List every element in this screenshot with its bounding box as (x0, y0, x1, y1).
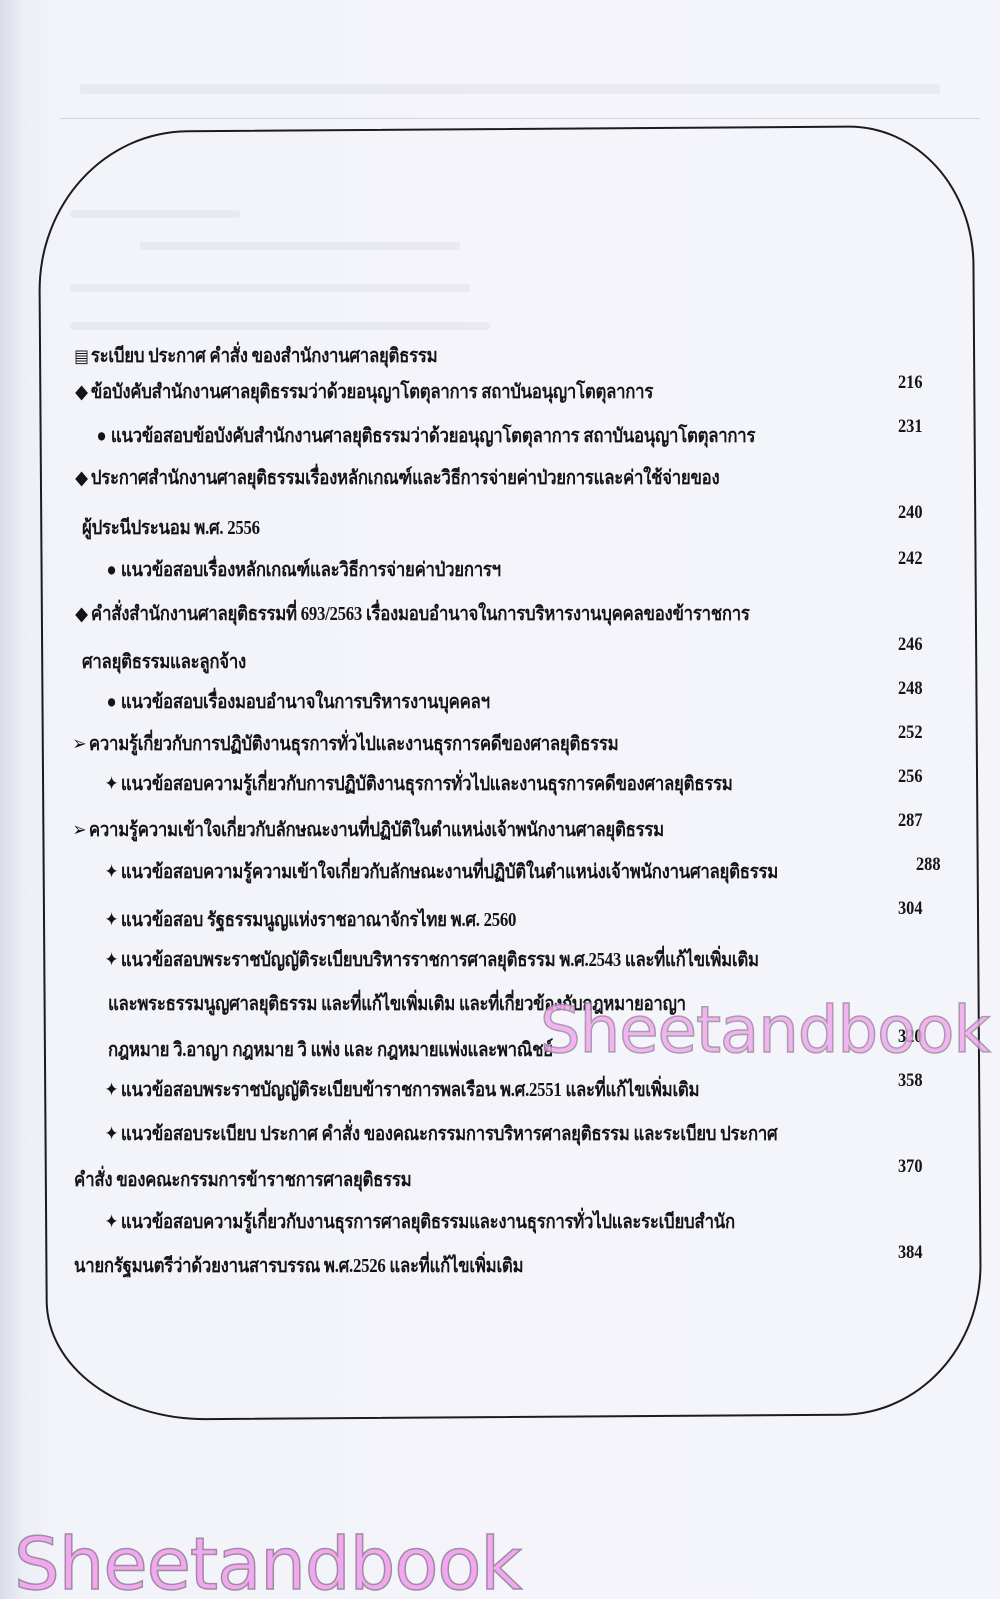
toc-page-number: 287 (897, 810, 922, 832)
toc-entry-title: คำสั่งสำนักงานศาลยุติธรรมที่ 693/2563 เร… (91, 604, 750, 625)
arrowhead-bullet-icon: ➢ (70, 732, 89, 756)
arrowhead-bullet-icon: ➢ (70, 818, 89, 842)
toc-page-number: 370 (897, 1156, 922, 1178)
toc-entry: ✦แนวข้อสอบความรู้เกี่ยวกับงานธุรการศาลยุ… (102, 1206, 867, 1237)
toc-entry: ✦แนวข้อสอบ รัฐธรรมนูญแห่งราชอาณาจักรไทย … (102, 904, 867, 935)
toc-entry-continuation: ศาลยุติธรรมและลูกจ้าง (82, 646, 847, 677)
show-through-header-text (80, 84, 940, 94)
diamond-bullet-icon: ◆ (72, 466, 91, 490)
toc-entry: ✦แนวข้อสอบความรู้เกี่ยวกับการปฏิบัติงานธ… (102, 768, 867, 799)
circle-bullet-icon: ● (92, 426, 111, 448)
toc-entry: ➢ความรู้เกี่ยวกับการปฏิบัติงานธุรการทั่ว… (70, 728, 835, 759)
watermark-text-bottom: Sheetandbook (14, 1522, 521, 1599)
toc-entry-continuation: นายกรัฐมนตรีว่าด้วยงานสารบรรณ พ.ศ.2526 แ… (74, 1250, 839, 1281)
four-point-star-bullet-icon: ✦ (102, 1078, 121, 1102)
four-point-star-bullet-icon: ✦ (102, 1210, 121, 1234)
toc-entry-title: ศาลยุติธรรมและลูกจ้าง (82, 652, 246, 673)
toc-entry-title: แนวข้อสอบความรู้เกี่ยวกับการปฏิบัติงานธุ… (121, 774, 733, 795)
toc-entry-title: คำสั่ง ของคณะกรรมการข้าราชการศาลยุติธรรม (74, 1170, 411, 1191)
four-point-star-bullet-icon: ✦ (102, 908, 121, 932)
circle-bullet-icon: ● (102, 692, 121, 714)
toc-page-number: 304 (897, 898, 922, 920)
toc-entry-title: ความรู้ความเข้าใจเกี่ยวกับลักษณะงานที่ปฏ… (89, 820, 664, 841)
toc-entry: ✦แนวข้อสอบพระราชบัญญัติระเบียบบริหารราชก… (102, 944, 867, 975)
toc-page-number: 252 (897, 722, 922, 744)
watermark-text: Sheetandbook (540, 994, 989, 1068)
toc-page-number: 242 (897, 548, 922, 570)
toc-entry-title: แนวข้อสอบพระราชบัญญัติระเบียบข้าราชการพล… (121, 1080, 699, 1101)
toc-entry-title: แนวข้อสอบระเบียบ ประกาศ คำสั่ง ของคณะกรร… (121, 1124, 778, 1145)
toc-page-number: 248 (897, 678, 922, 700)
toc-entry-title: แนวข้อสอบความรู้ความเข้าใจเกี่ยวกับลักษณ… (121, 862, 778, 883)
toc-entry-title: แนวข้อสอบข้อบังคับสำนักงานศาลยุติธรรมว่า… (111, 426, 755, 447)
book-page: ▤ระเบียบ ประกาศ คำสั่ง ของสำนักงานศาลยุต… (0, 0, 1000, 1599)
toc-entry: ●แนวข้อสอบข้อบังคับสำนักงานศาลยุติธรรมว่… (92, 420, 857, 451)
toc-entry: ✦แนวข้อสอบระเบียบ ประกาศ คำสั่ง ของคณะกร… (102, 1118, 867, 1149)
toc-page-number: 256 (897, 766, 922, 788)
toc-entry-continuation: คำสั่ง ของคณะกรรมการข้าราชการศาลยุติธรรม (74, 1164, 839, 1195)
toc-entry: ◆คำสั่งสำนักงานศาลยุติธรรมที่ 693/2563 เ… (72, 598, 837, 629)
document-stack-icon: ▤ (72, 346, 91, 367)
toc-entry-title: ข้อบังคับสำนักงานศาลยุติธรรมว่าด้วยอนุญา… (91, 382, 653, 403)
toc-page-number: 216 (897, 372, 922, 394)
section-heading-text: ระเบียบ ประกาศ คำสั่ง ของสำนักงานศาลยุติ… (91, 346, 438, 367)
diamond-bullet-icon: ◆ (72, 602, 91, 626)
toc-page-number: 246 (897, 634, 922, 656)
four-point-star-bullet-icon: ✦ (102, 860, 121, 884)
toc-entry-title: ประกาศสำนักงานศาลยุติธรรมเรื่องหลักเกณฑ์… (91, 468, 719, 489)
toc-entry-title: แนวข้อสอบเรื่องมอบอำนาจในการบริหารงานบุค… (121, 692, 490, 713)
four-point-star-bullet-icon: ✦ (102, 1122, 121, 1146)
toc-entry: ✦แนวข้อสอบพระราชบัญญัติระเบียบข้าราชการพ… (102, 1074, 867, 1105)
show-through-header-rule (60, 118, 980, 119)
circle-bullet-icon: ● (102, 560, 121, 582)
toc-page-number: 384 (897, 1242, 922, 1264)
four-point-star-bullet-icon: ✦ (102, 948, 121, 972)
toc-entry-title: แนวข้อสอบ รัฐธรรมนูญแห่งราชอาณาจักรไทย พ… (121, 910, 516, 931)
diamond-bullet-icon: ◆ (72, 380, 91, 404)
toc-entry-continuation: ผู้ประนีประนอม พ.ศ. 2556 (82, 512, 847, 543)
toc-entry-title: กฎหมาย วิ.อาญา กฎหมาย วิ แพ่ง และ กฎหมาย… (108, 1040, 553, 1061)
toc-entry-title: แนวข้อสอบเรื่องหลักเกณฑ์และวิธีการจ่ายค่… (121, 560, 501, 581)
toc-section-heading: ▤ระเบียบ ประกาศ คำสั่ง ของสำนักงานศาลยุต… (72, 340, 837, 371)
toc-entry: ◆ข้อบังคับสำนักงานศาลยุติธรรมว่าด้วยอนุญ… (72, 376, 837, 407)
toc-entry: ➢ความรู้ความเข้าใจเกี่ยวกับลักษณะงานที่ป… (70, 814, 835, 845)
four-point-star-bullet-icon: ✦ (102, 772, 121, 796)
toc-entry-title: แนวข้อสอบความรู้เกี่ยวกับงานธุรการศาลยุต… (121, 1212, 735, 1233)
toc-page-number: 240 (897, 502, 922, 524)
toc-page-number: 231 (897, 416, 922, 438)
toc-entry: ●แนวข้อสอบเรื่องมอบอำนาจในการบริหารงานบุ… (102, 686, 867, 717)
toc-page-number: 358 (897, 1070, 922, 1092)
toc-page-number: 288 (915, 854, 940, 876)
toc-entry: ●แนวข้อสอบเรื่องหลักเกณฑ์และวิธีการจ่ายค… (102, 554, 867, 585)
toc-entry: ◆ประกาศสำนักงานศาลยุติธรรมเรื่องหลักเกณฑ… (72, 462, 837, 493)
toc-entry: ✦แนวข้อสอบความรู้ความเข้าใจเกี่ยวกับลักษ… (102, 856, 867, 887)
toc-entry-title: ความรู้เกี่ยวกับการปฏิบัติงานธุรการทั่วไ… (89, 734, 618, 755)
toc-entry-title: ผู้ประนีประนอม พ.ศ. 2556 (82, 518, 260, 539)
toc-entry-title: นายกรัฐมนตรีว่าด้วยงานสารบรรณ พ.ศ.2526 แ… (74, 1256, 523, 1277)
toc-entry-title: แนวข้อสอบพระราชบัญญัติระเบียบบริหารราชกา… (121, 950, 759, 971)
